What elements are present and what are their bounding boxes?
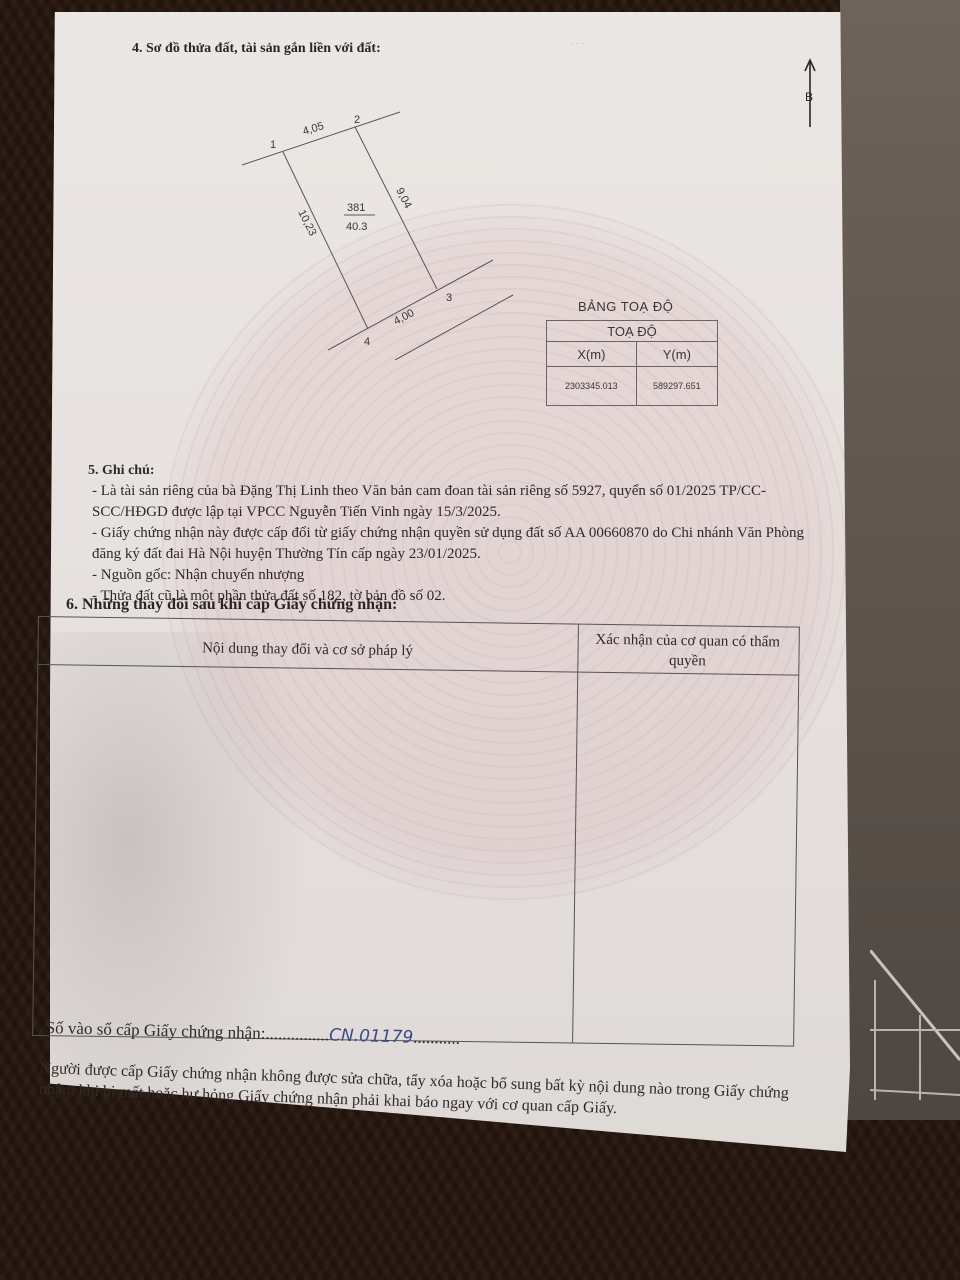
point-label-2: 2 [354, 114, 360, 126]
faint-bleed-text: · · · [570, 38, 584, 48]
point-label-1: 1 [270, 139, 276, 151]
notes-section: 5. Ghi chú: - Là tài sản riêng của bà Đặ… [88, 460, 808, 607]
changes-table-border [32, 616, 800, 1047]
section-6-title: 6. Những thay đổi sau khi cấp Giấy chứng… [66, 596, 397, 614]
coordinate-y-value: 589297.651 [636, 367, 717, 406]
note-item: - Giấy chứng nhận này được cấp đổi từ gi… [88, 523, 808, 565]
column-x-header: X(m) [547, 342, 637, 367]
edge-length-1-2: 4,05 [301, 120, 325, 138]
note-item: - Nguồn gốc: Nhận chuyển nhượng [88, 565, 808, 586]
column-authority-confirmation-header: Xác nhận của cơ quan có thẩm quyền [577, 630, 798, 673]
column-y-header: Y(m) [636, 342, 717, 367]
point-label-3: 3 [446, 292, 452, 304]
section-4-title: 4. Sơ đồ thửa đất, tài sản gắn liền với … [132, 41, 381, 57]
note-item: - Là tài sản riêng của bà Đặng Thị Linh … [88, 481, 808, 523]
coordinate-header: TOẠ ĐỘ [547, 321, 718, 342]
point-label-4: 4 [364, 336, 370, 348]
edge-length-2-3: 9,04 [393, 186, 413, 211]
coordinate-table-title: BẢNG TOẠ ĐỘ [578, 299, 673, 314]
table-row: 2303345.013 589297.651 [547, 367, 718, 406]
registration-number-handwritten: CN.01179 [329, 1025, 414, 1047]
svg-text:B: B [805, 90, 813, 104]
coordinate-x-value: 2303345.013 [547, 367, 637, 406]
coordinate-table: TOẠ ĐỘ X(m) Y(m) 2303345.013 589297.651 [546, 320, 718, 406]
edge-length-4-1: 10,23 [295, 208, 318, 238]
section-5-title: 5. Ghi chú: [88, 460, 808, 481]
parcel-area: 40.3 [346, 221, 367, 233]
changes-table: Nội dung thay đổi và cơ sở pháp lý Xác n… [32, 616, 800, 1047]
glass-frame-decoration [870, 950, 960, 1110]
edge-length-3-4: 4,00 [392, 307, 417, 328]
parcel-diagram: 1 2 3 4 4,05 9,04 4,00 10,23 381 40.3 [230, 100, 530, 360]
parcel-number: 381 [347, 202, 365, 214]
north-arrow-icon: B [800, 55, 824, 130]
